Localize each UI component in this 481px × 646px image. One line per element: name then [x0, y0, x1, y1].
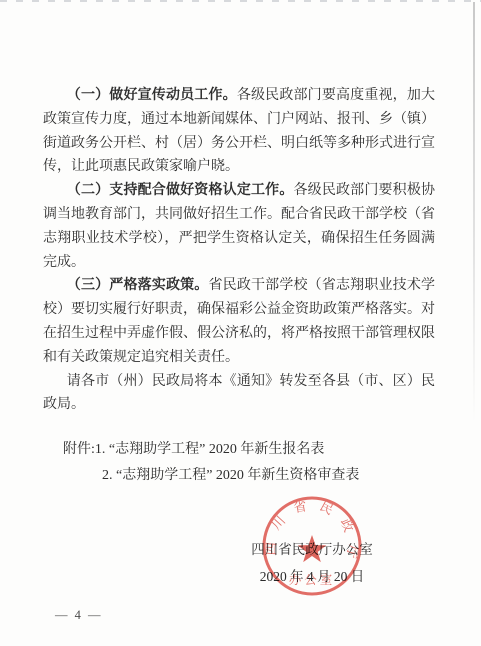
paragraph-heading: （二）支持配合做好资格认定工作。	[67, 183, 294, 198]
scan-right-edge-artifact	[473, 2, 475, 422]
seal-bottom-text: 办公室	[289, 572, 336, 587]
seal-arc-text-container: 四川省民政厅	[263, 497, 361, 571]
seal-arc-text: 四川省民政厅	[263, 497, 361, 571]
paragraph: （一）做好宣传动员工作。各级民政部门要高度重视，加大政策宣传力度，通过本地新闻媒…	[43, 84, 435, 179]
red-star-icon	[298, 535, 327, 562]
official-seal-stamp: 四川省民政厅 办公室	[242, 476, 382, 616]
paragraph: （三）严格落实政策。省民政干部学校（省志翔职业技术学校）要切实履行好职责，确保福…	[43, 274, 435, 369]
paragraph: 请各市（州）民政局将本《通知》转发至各县（市、区）民政局。	[43, 370, 435, 418]
scanned-document-page: （一）做好宣传动员工作。各级民政部门要高度重视，加大政策宣传力度，通过本地新闻媒…	[0, 0, 481, 646]
paragraph-text: 请各市（州）民政局将本《通知》转发至各县（市、区）民政局。	[43, 374, 435, 413]
page-number: — 4 —	[55, 608, 103, 623]
attachment-item: 附件:1. “志翔助学工程” 2020 年新生报名表	[63, 437, 435, 463]
scan-top-edge-artifact	[0, 0, 481, 2]
document-body: （一）做好宣传动员工作。各级民政部门要高度重视，加大政策宣传力度，通过本地新闻媒…	[43, 84, 435, 488]
paragraph: （二）支持配合做好资格认定工作。各级民政部门要积极协调当地教育部门，共同做好招生…	[43, 179, 435, 274]
attachment-item-text: 1. “志翔助学工程” 2020 年新生报名表	[95, 442, 324, 457]
paragraph-heading: （三）严格落实政策。	[67, 278, 209, 293]
paragraph-heading: （一）做好宣传动员工作。	[67, 88, 237, 103]
attachments-label: 附件:	[63, 442, 95, 457]
